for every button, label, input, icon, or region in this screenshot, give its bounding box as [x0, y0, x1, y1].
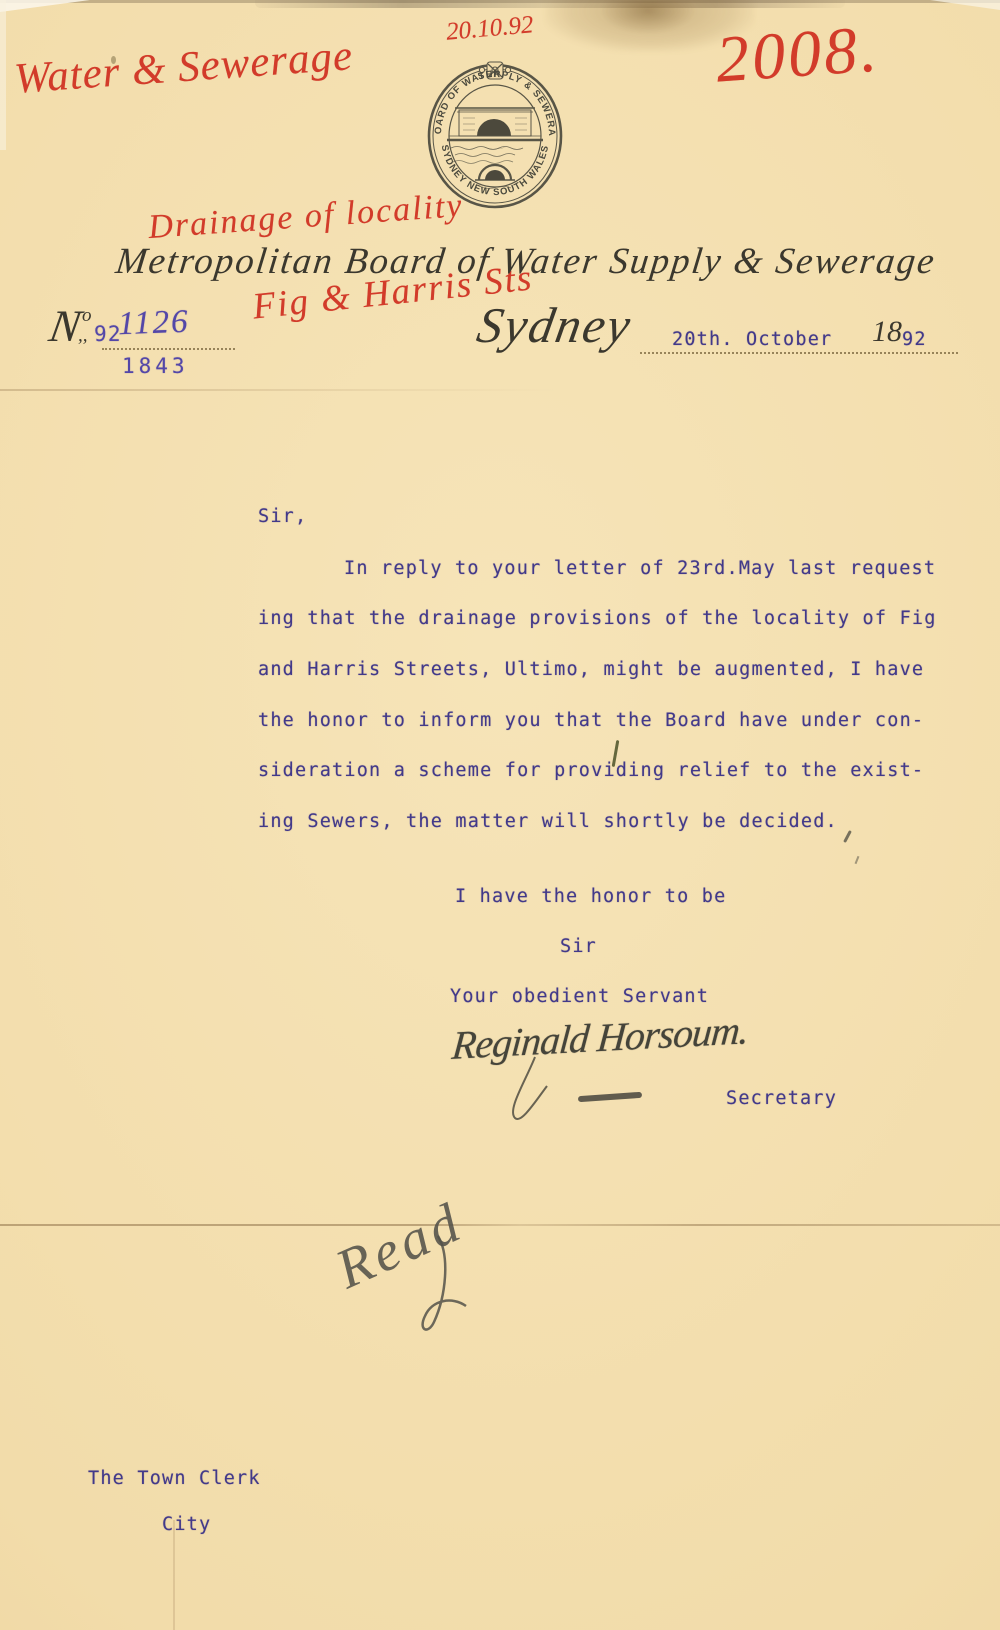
check-tick-2 [855, 856, 860, 864]
ref-label-commas: ,, [78, 326, 88, 345]
corner-sliver-left [0, 0, 90, 12]
paper-number-annotation: 2008. [714, 16, 882, 93]
ref-label-sup: o [82, 306, 92, 325]
body-line: ing that the drainage provisions of the … [258, 610, 937, 629]
salutation: Sir, [258, 508, 307, 527]
year-typed: 92 [902, 331, 927, 350]
crease-upper [0, 389, 560, 391]
stain-top-core [600, 0, 695, 34]
signature-flourish [495, 1052, 575, 1132]
corner-sliver-right [930, 0, 1000, 10]
subject-annotation-line1: Drainage of locality [147, 189, 464, 245]
read-flourish [408, 1226, 518, 1366]
body-line: and Harris Streets, Ultimo, might be aug… [258, 661, 924, 680]
board-name-script: Metropolitan Board of Water Supply & Sew… [114, 243, 938, 280]
department-annotation: Water & Sewerage [13, 34, 354, 101]
ref-underline [102, 348, 235, 350]
ref-stamp-1843: 1843 [122, 356, 189, 377]
check-tick-1 [843, 830, 852, 843]
secretary-title: Secretary [726, 1090, 837, 1109]
valediction-sir: Sir [560, 938, 597, 957]
recipient-city: City [162, 1516, 211, 1535]
board-seal: BOARD OF WATER SUPPLY & SEWERAGE SYDNEY … [425, 60, 565, 210]
typed-date: 20th. October [672, 331, 832, 350]
body-line: sideration a scheme for providing relief… [258, 762, 924, 781]
edge-sliver-left [0, 0, 6, 150]
body-line: the honor to inform you that the Board h… [258, 712, 924, 731]
ref-number-handwritten: 1126 [117, 306, 190, 341]
date-underline [640, 352, 958, 354]
recipient-name: The Town Clerk [88, 1470, 261, 1489]
signature-dash [578, 1092, 642, 1102]
filing-date-annotation: 20.10.92 [445, 12, 534, 45]
valediction-servant: Your obedient Servant [450, 988, 709, 1007]
place-script: Sydney [474, 300, 636, 350]
letter-page: Water & Sewerage 20.10.92 2008. Drainage… [0, 0, 1000, 1630]
crease-vertical [173, 1520, 175, 1630]
year-printed: 18 [872, 317, 902, 347]
body-line: ing Sewers, the matter will shortly be d… [258, 813, 838, 832]
valediction-honor: I have the honor to be [455, 888, 726, 907]
body-line: In reply to your letter of 23rd.May last… [344, 560, 936, 579]
